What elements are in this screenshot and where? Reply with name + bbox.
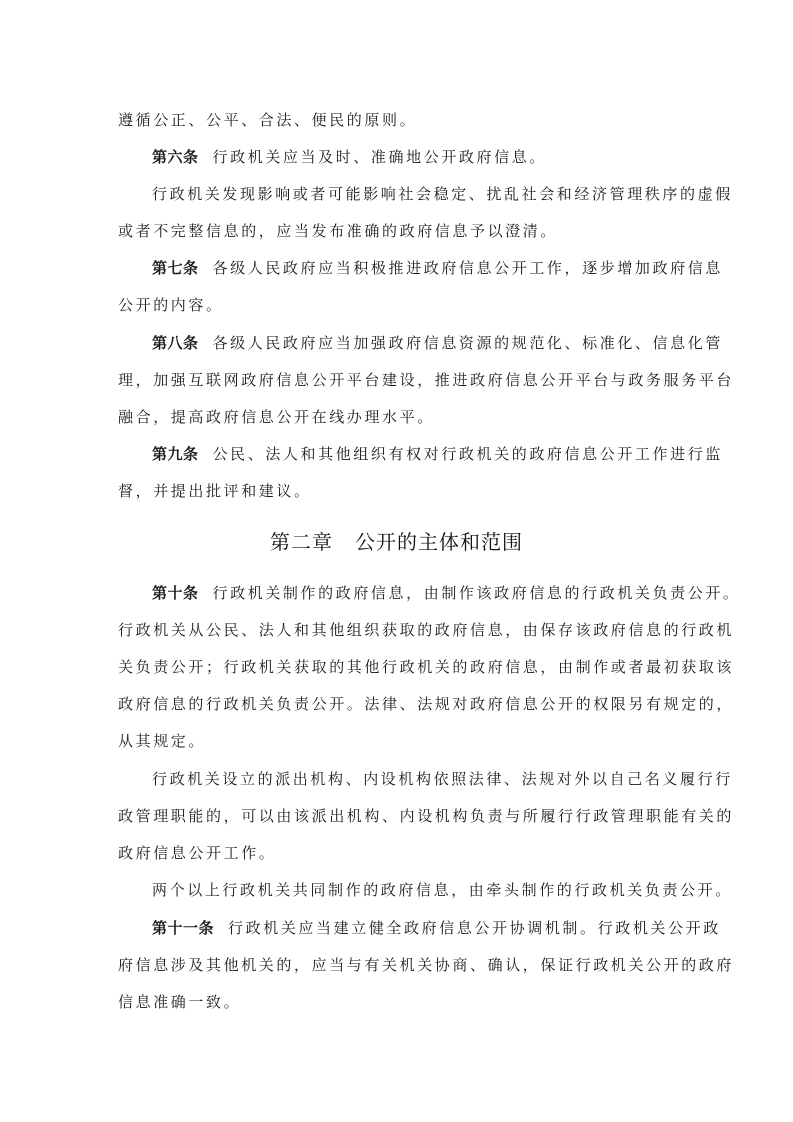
text-line: 行政机关发现影响或者可能影响社会稳定、扰乱社会和经济管理秩序的虚假 — [152, 184, 678, 204]
article-heading: 第十条 — [152, 584, 199, 602]
line-text: 或者不完整信息的，应当发布准确的政府信息予以澄清。 — [118, 222, 558, 240]
article-heading: 第八条 — [152, 334, 199, 352]
text-line: 理，加强互联网政府信息公开平台建设，推进政府信息公开平台与政务服务平台 — [118, 370, 678, 390]
line-text: 行政机关制作的政府信息，由制作该政府信息的行政机关负责公开。 — [213, 584, 741, 602]
line-text: 督，并提出批评和建议。 — [118, 482, 312, 500]
line-text: 关负责公开；行政机关获取的其他行政机关的政府信息，由制作或者最初获取该 — [118, 658, 734, 676]
line-text: 政府信息公开工作。 — [118, 844, 276, 862]
article-6-line: 第六条行政机关应当及时、准确地公开政府信息。 — [152, 147, 678, 167]
line-text: 行政机关从公民、法人和其他组织获取的政府信息，由保存该政府信息的行政机 — [118, 621, 734, 639]
text-line: 或者不完整信息的，应当发布准确的政府信息予以澄清。 — [118, 221, 678, 241]
line-text: 各级人民政府应当加强政府信息资源的规范化、标准化、信息化管 — [213, 334, 723, 352]
text-line: 政府信息公开工作。 — [118, 843, 678, 863]
article-7-line: 第七条各级人民政府应当积极推进政府信息公开工作，逐步增加政府信息 — [152, 258, 678, 278]
text-line: 府信息涉及其他机关的，应当与有关机关协商、确认，保证行政机关公开的政府 — [118, 955, 678, 975]
line-text: 府信息涉及其他机关的，应当与有关机关协商、确认，保证行政机关公开的政府 — [118, 956, 734, 974]
text-line: 督，并提出批评和建议。 — [118, 481, 678, 501]
line-text: 信息准确一致。 — [118, 993, 241, 1011]
line-text: 遵循公正、公平、合法、便民的原则。 — [118, 111, 417, 129]
text-line: 遵循公正、公平、合法、便民的原则。 — [118, 110, 678, 130]
line-text: 理，加强互联网政府信息公开平台建设，推进政府信息公开平台与政务服务平台 — [118, 371, 734, 389]
line-text: 两个以上行政机关共同制作的政府信息，由牵头制作的行政机关负责公开。 — [152, 881, 733, 899]
line-text: 行政机关设立的派出机构、内设机构依照法律、法规对外以自己名义履行行 — [152, 770, 733, 788]
article-heading: 第九条 — [152, 445, 199, 463]
text-line: 政府信息的行政机关负责公开。法律、法规对政府信息公开的权限另有规定的， — [118, 694, 678, 714]
article-heading: 第七条 — [152, 259, 199, 277]
article-heading: 第六条 — [152, 148, 199, 166]
text-line: 信息准确一致。 — [118, 992, 678, 1012]
line-text: 政府信息的行政机关负责公开。法律、法规对政府信息公开的权限另有规定的， — [118, 695, 734, 713]
line-text: 行政机关应当建立健全政府信息公开协调机制。行政机关公开政 — [228, 919, 721, 937]
line-text: 公民、法人和其他组织有权对行政机关的政府信息公开工作进行监 — [213, 445, 723, 463]
text-line: 关负责公开；行政机关获取的其他行政机关的政府信息，由制作或者最初获取该 — [118, 657, 678, 677]
text-line: 政管理职能的，可以由该派出机构、内设机构负责与所履行行政管理职能有关的 — [118, 806, 678, 826]
article-heading: 第十一条 — [152, 919, 214, 937]
chapter-title: 公开的主体和范围 — [355, 530, 523, 554]
line-text: 融合，提高政府信息公开在线办理水平。 — [118, 408, 435, 426]
text-line: 融合，提高政府信息公开在线办理水平。 — [118, 407, 678, 427]
article-11-line: 第十一条行政机关应当建立健全政府信息公开协调机制。行政机关公开政 — [152, 918, 678, 938]
line-text: 行政机关发现影响或者可能影响社会稳定、扰乱社会和经济管理秩序的虚假 — [152, 185, 733, 203]
line-text: 政管理职能的，可以由该派出机构、内设机构负责与所履行行政管理职能有关的 — [118, 807, 734, 825]
article-10-line: 第十条行政机关制作的政府信息，由制作该政府信息的行政机关负责公开。 — [152, 583, 678, 603]
text-line: 行政机关从公民、法人和其他组织获取的政府信息，由保存该政府信息的行政机 — [118, 620, 678, 640]
article-8-line: 第八条各级人民政府应当加强政府信息资源的规范化、标准化、信息化管 — [152, 333, 678, 353]
text-line: 行政机关设立的派出机构、内设机构依照法律、法规对外以自己名义履行行 — [152, 769, 678, 789]
chapter-number: 第二章 — [270, 530, 333, 554]
chapter-heading: 第二章公开的主体和范围 — [0, 529, 793, 555]
line-text: 公开的内容。 — [118, 296, 224, 314]
text-line: 从其规定。 — [118, 731, 678, 751]
text-line: 两个以上行政机关共同制作的政府信息，由牵头制作的行政机关负责公开。 — [152, 880, 678, 900]
line-text: 从其规定。 — [118, 732, 206, 750]
line-text: 各级人民政府应当积极推进政府信息公开工作，逐步增加政府信息 — [213, 259, 723, 277]
line-text: 行政机关应当及时、准确地公开政府信息。 — [213, 148, 547, 166]
article-9-line: 第九条公民、法人和其他组织有权对行政机关的政府信息公开工作进行监 — [152, 444, 678, 464]
text-line: 公开的内容。 — [118, 295, 678, 315]
document-page: 遵循公正、公平、合法、便民的原则。 第六条行政机关应当及时、准确地公开政府信息。… — [0, 0, 793, 1122]
